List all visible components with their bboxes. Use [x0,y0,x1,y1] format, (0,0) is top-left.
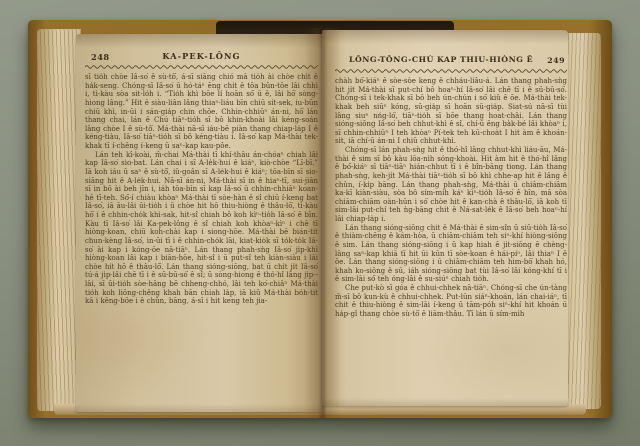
photo-background: 248 KA-PEK-LÔNG sī tio̍h chòe Iâ-so͘ ê s… [0,0,640,446]
right-page-text-column: LŌNG-TŌNG-CHÚ KAP THIU-HIÒNG Ê 249 chàh … [335,55,567,319]
left-page: 248 KA-PEK-LÔNG sī tio̍h chòe Iâ-so͘ ê s… [76,34,324,412]
right-page-edge-stack [568,33,601,409]
paragraph: Che put-kò sī góa ê chhui-chhek nā-tiāⁿ.… [335,284,567,319]
right-running-head: LŌNG-TŌNG-CHÚ KAP THIU-HIÒNG Ê 249 [335,55,567,67]
left-page-text-column: 248 KA-PEK-LÔNG sī tio̍h chòe Iâ-so͘ ê s… [85,51,318,306]
decorative-wavy-rule [335,68,567,74]
left-page-number: 248 [91,52,110,62]
paragraph: chàh bó͘-kiáⁿ ê sòe-sòe keng ê chháu-liâ… [335,77,567,146]
right-page: LŌNG-TŌNG-CHÚ KAP THIU-HIÒNG Ê 249 chàh … [322,30,568,406]
paragraph: Lán thang sióng-siōng chit ê Má-thài ê s… [335,224,567,284]
left-running-title: KA-PEK-LÔNG [162,51,240,61]
left-running-head: 248 KA-PEK-LÔNG [85,51,318,63]
right-page-body-text: chàh bó͘-kiáⁿ ê sòe-sòe keng ê chháu-liâ… [335,77,567,319]
decorative-wavy-rule [85,64,318,70]
paragraph: sī tio̍h chòe Iâ-so͘ ê sù-tô͘, á-sī siān… [85,73,318,151]
right-running-title: LŌNG-TŌNG-CHÚ KAP THIU-HIÒNG Ê [349,55,553,64]
paragraph: Chóng-sī lán phah-sǹg hit ê thó-hî lâng … [335,146,567,224]
open-book: 248 KA-PEK-LÔNG sī tio̍h chòe Iâ-so͘ ê s… [28,20,612,418]
left-page-body-text: sī tio̍h chòe Iâ-so͘ ê sù-tô͘, á-sī siān… [85,73,318,306]
paragraph: Lán teh kî-koài, m̄-chai Má-thài tī khí-… [85,151,318,306]
right-page-number: 249 [547,56,565,65]
left-page-edge-stack [37,29,81,411]
